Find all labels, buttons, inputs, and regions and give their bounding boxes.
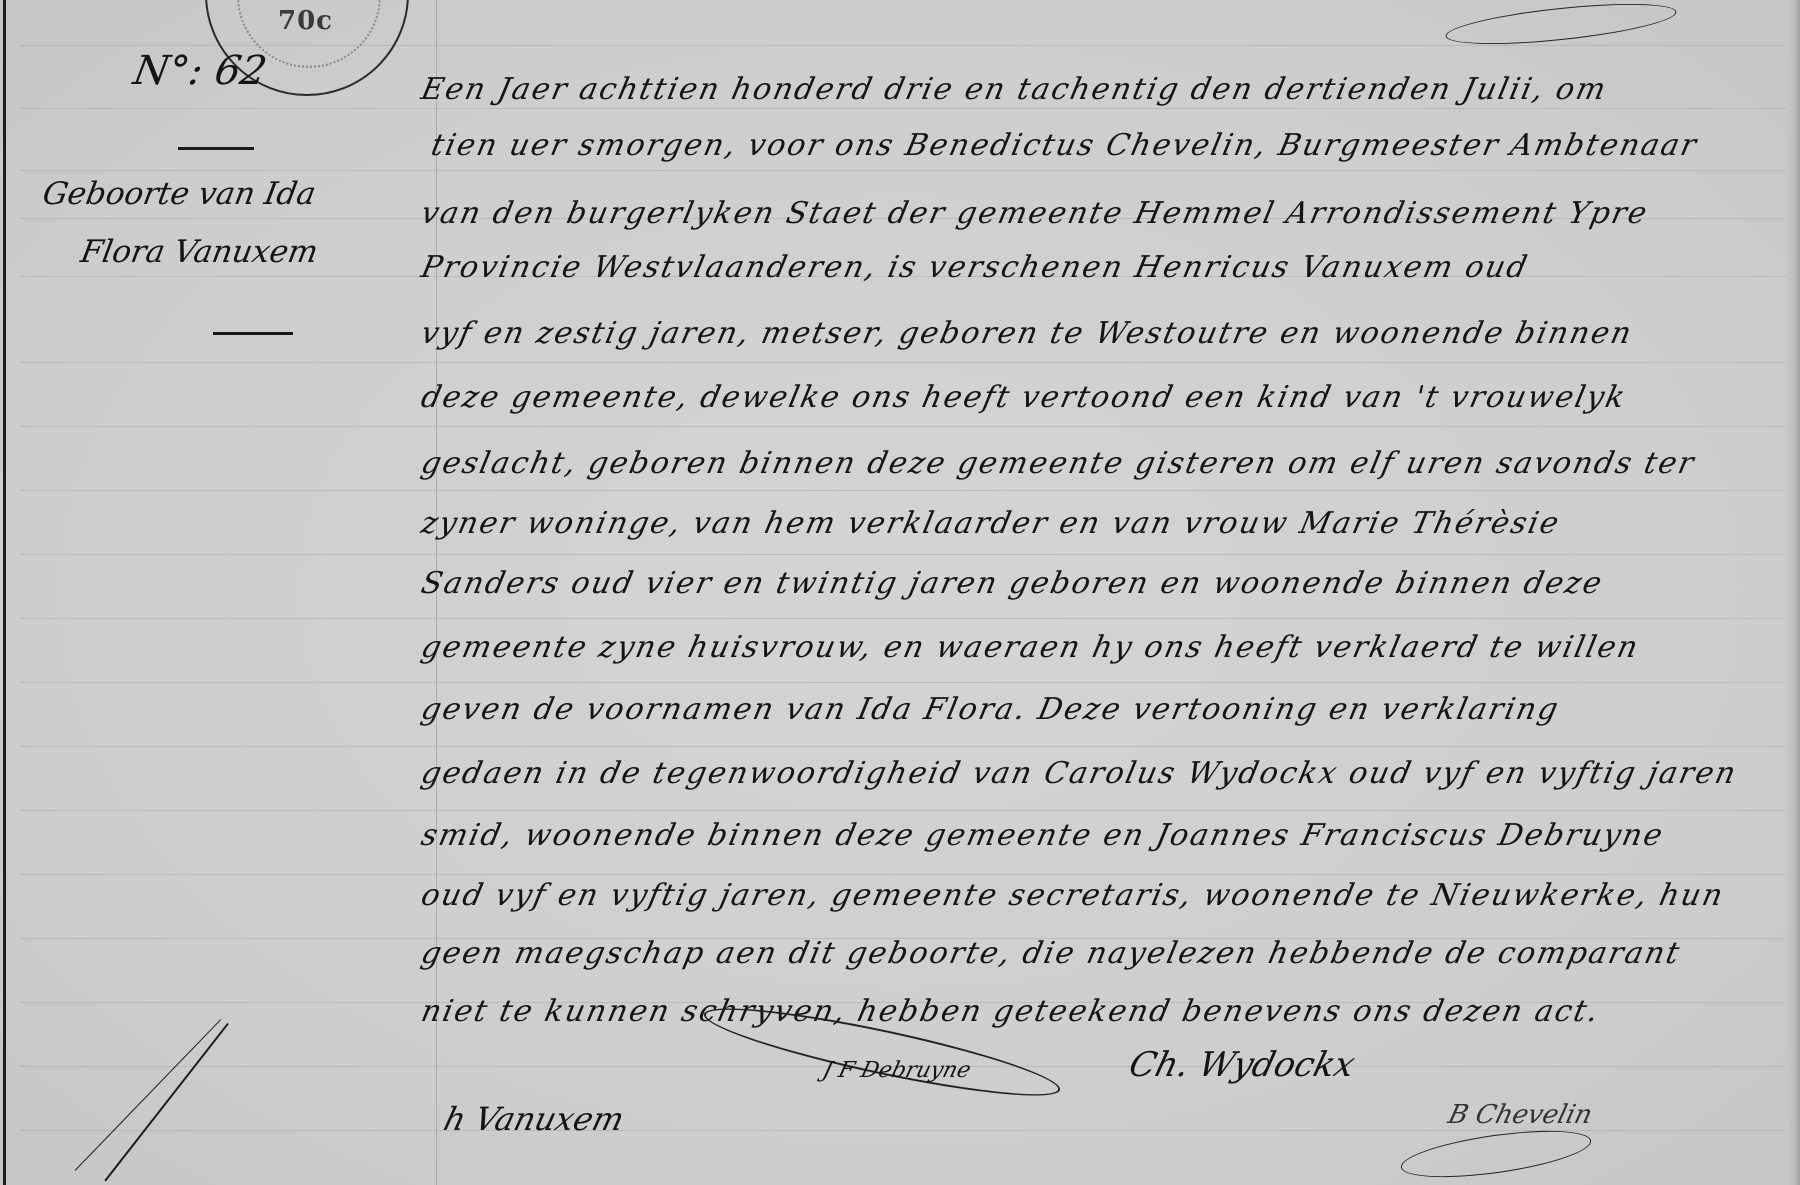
- body-line: Provincie Westvlaanderen, is verschenen …: [418, 250, 1532, 285]
- ruled-line: [20, 426, 1786, 427]
- body-line: niet te kunnen schryven, hebben geteeken…: [418, 994, 1603, 1029]
- pen-stroke: [104, 1023, 229, 1182]
- ruled-line: [20, 170, 1786, 171]
- signature-vanuxem: h Vanuxem: [440, 1100, 628, 1138]
- body-line: van den burgerlyken Staet der gemeente H…: [418, 196, 1652, 231]
- body-line: deze gemeente, dewelke ons heeft vertoon…: [418, 380, 1630, 415]
- document-page: 70c N°: 62 Geboorte van Ida Flora Vanuxe…: [0, 0, 1800, 1185]
- signature-wydockx: Ch. Wydockx: [1125, 1045, 1359, 1085]
- stamp-value: 70c: [278, 6, 333, 36]
- margin-dash: [213, 332, 293, 335]
- body-line: geven de voornamen van Ida Flora. Deze v…: [418, 692, 1563, 727]
- margin-dash: [178, 147, 254, 150]
- body-line: zyner woninge, van hem verklaarder en va…: [418, 506, 1564, 541]
- margin-title-line2: Flora Vanuxem: [78, 234, 321, 270]
- ruled-line: [20, 362, 1786, 363]
- margin-title-line1: Geboorte van Ida: [40, 176, 319, 212]
- ruled-line: [20, 682, 1786, 683]
- body-line: gemeente zyne huisvrouw, en waeraen hy o…: [418, 630, 1643, 665]
- signature-flourish: [1398, 1122, 1593, 1185]
- ruled-line: [20, 746, 1786, 747]
- signature-chevelin: B Chevelin: [1445, 1100, 1595, 1130]
- body-line: gedaen in de tegenwoordigheid van Carolu…: [418, 756, 1741, 791]
- body-line: vyf en zestig jaren, metser, geboren te …: [418, 316, 1636, 351]
- record-number: N°: 62: [130, 48, 270, 94]
- body-line: oud vyf en vyftig jaren, gemeente secret…: [418, 878, 1728, 913]
- ruled-line: [20, 554, 1786, 555]
- body-line: tien uer smorgen, voor ons Benedictus Ch…: [428, 128, 1701, 163]
- page-left-border: [3, 0, 6, 1185]
- body-line: geslacht, geboren binnen deze gemeente g…: [418, 446, 1699, 481]
- body-line: Een Jaer achttien honderd drie en tachen…: [418, 72, 1611, 107]
- ruled-line: [20, 490, 1786, 491]
- ruled-line: [20, 618, 1786, 619]
- ruled-line: [20, 810, 1786, 811]
- ruled-line: [20, 1130, 1786, 1131]
- pen-stroke: [75, 1019, 222, 1171]
- ruled-line: [20, 108, 1786, 109]
- signature-debruyne: J F Debruyne: [820, 1058, 973, 1083]
- page-right-border: [1786, 0, 1800, 1185]
- body-line: geen maegschap aen dit geboorte, die nay…: [418, 936, 1684, 971]
- ruled-line: [20, 874, 1786, 875]
- body-line: smid, woonende binnen deze gemeente en J…: [418, 818, 1667, 853]
- body-line: Sanders oud vier en twintig jaren gebore…: [418, 566, 1607, 601]
